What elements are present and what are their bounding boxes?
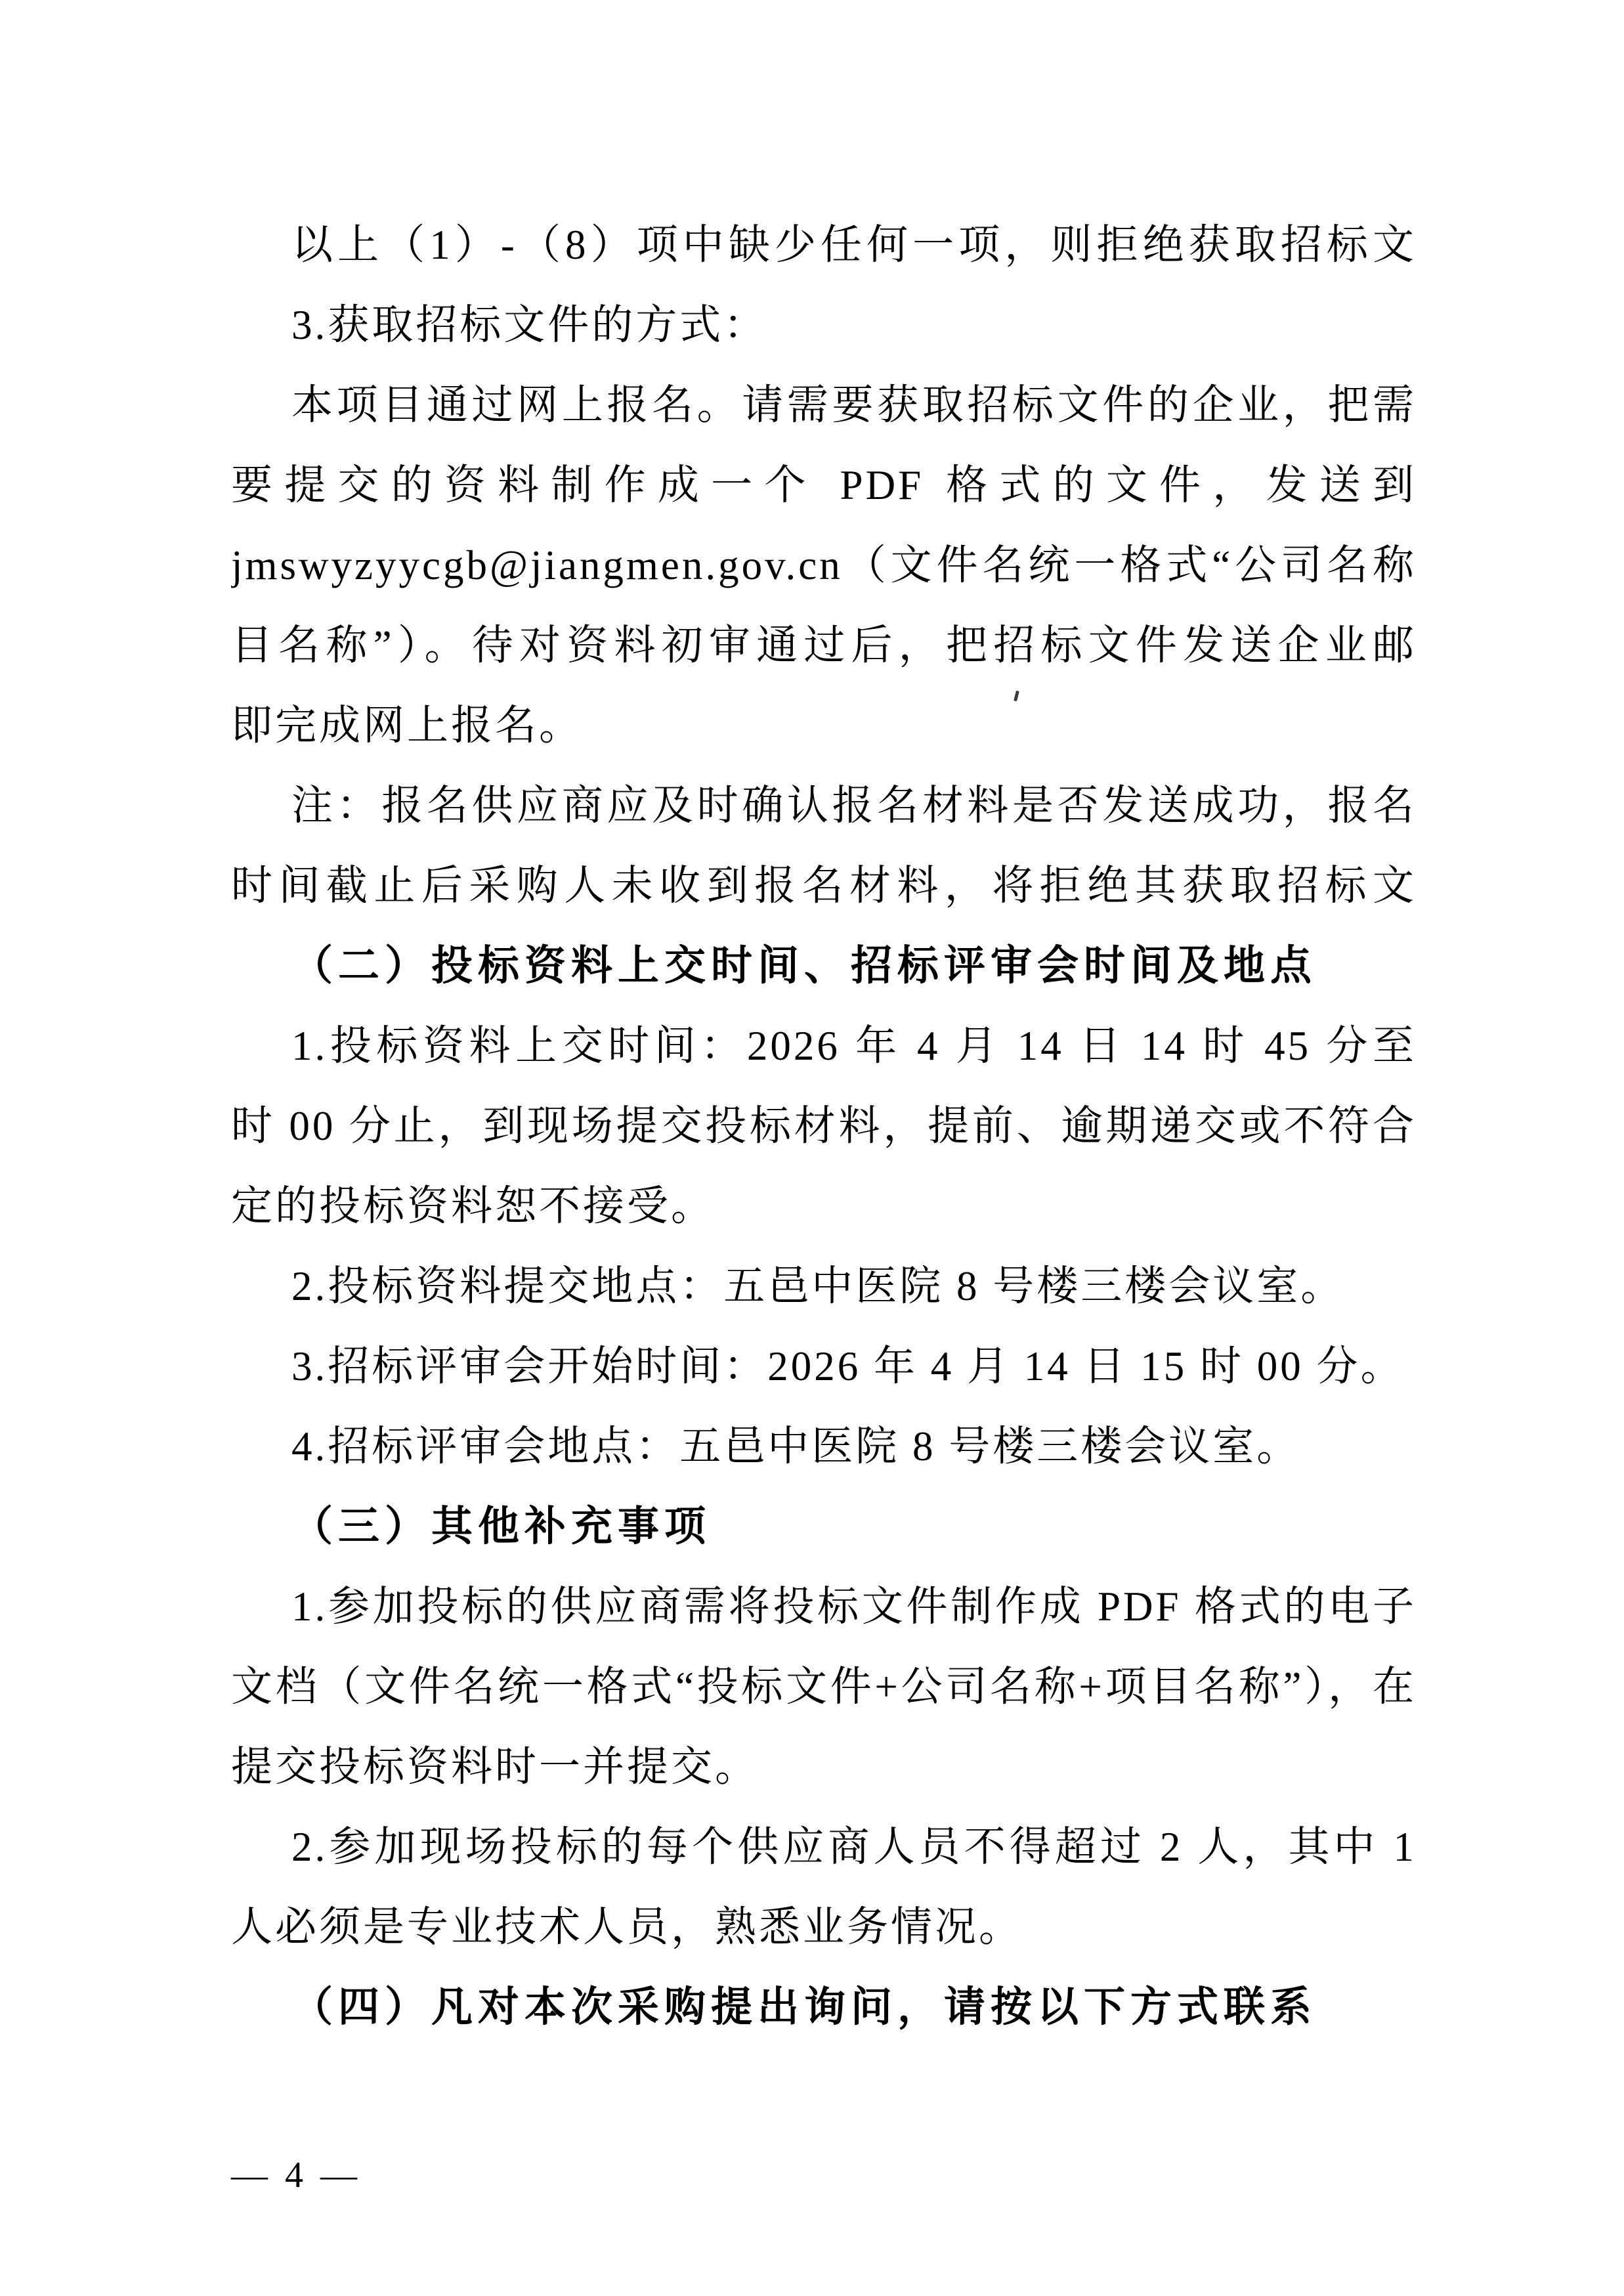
document-page: 以上（1）-（8）项中缺少任何一项，则拒绝获取招标文件。 3.获取招标文件的方式… xyxy=(0,0,1624,2296)
text-line: 1.参加投标的供应商需将投标文件制作成 PDF 格式的电子 xyxy=(231,1567,1417,1647)
text-line: 3.招标评审会开始时间：2026 年 4 月 14 日 15 时 00 分。 xyxy=(231,1326,1417,1406)
text-line: 2.参加现场投标的每个供应商人员不得超过 2 人，其中 1 xyxy=(231,1807,1417,1887)
text-line: 定的投标资料恕不接受。 xyxy=(231,1166,1417,1246)
text-line: 提交投标资料时一并提交。 xyxy=(231,1727,1417,1807)
text-line: jmswyzyycgb@jiangmen.gov.cn（文件名统一格式“公司名称… xyxy=(231,525,1417,605)
text-line: 2.投标资料提交地点：五邑中医院 8 号楼三楼会议室。 xyxy=(231,1246,1417,1326)
section-heading: （二）投标资料上交时间、招标评审会时间及地点 xyxy=(231,926,1417,1006)
text-line: 1.投标资料上交时间：2026 年 4 月 14 日 14 时 45 分至 15 xyxy=(231,1006,1417,1086)
text-line: 注：报名供应商应及时确认报名材料是否发送成功，报名 xyxy=(231,766,1417,846)
section-heading: （三）其他补充事项 xyxy=(231,1486,1417,1567)
text-line: 3.获取招标文件的方式： xyxy=(231,285,1417,365)
text-line: 时间截止后采购人未收到报名材料，将拒绝其获取招标文件。 xyxy=(231,846,1417,926)
text-line: 目名称”）。待对资料初审通过后，把招标文件发送企业邮箱。 xyxy=(231,605,1417,685)
text-line: 时 00 分止，到现场提交投标材料，提前、逾期递交或不符合规 xyxy=(231,1086,1417,1166)
text-line: 本项目通过网上报名。请需要获取招标文件的企业，把需 xyxy=(231,365,1417,445)
text-line: 4.招标评审会地点：五邑中医院 8 号楼三楼会议室。 xyxy=(231,1406,1417,1486)
document-body: 以上（1）-（8）项中缺少任何一项，则拒绝获取招标文件。 3.获取招标文件的方式… xyxy=(231,205,1417,2047)
text-line: 即完成网上报名。 xyxy=(231,685,1417,766)
text-line: 人必须是专业技术人员，熟悉业务情况。 xyxy=(231,1887,1417,1967)
text-line: 以上（1）-（8）项中缺少任何一项，则拒绝获取招标文件。 xyxy=(231,205,1417,285)
section-heading: （四）凡对本次采购提出询问，请按以下方式联系 xyxy=(231,1967,1417,2047)
text-line: 要提交的资料制作成一个 PDF 格式的文件，发送到 xyxy=(231,445,1417,525)
page-number: — 4 — xyxy=(231,2146,361,2205)
text-line: 文档（文件名统一格式“投标文件+公司名称+项目名称”），在 xyxy=(231,1647,1417,1727)
